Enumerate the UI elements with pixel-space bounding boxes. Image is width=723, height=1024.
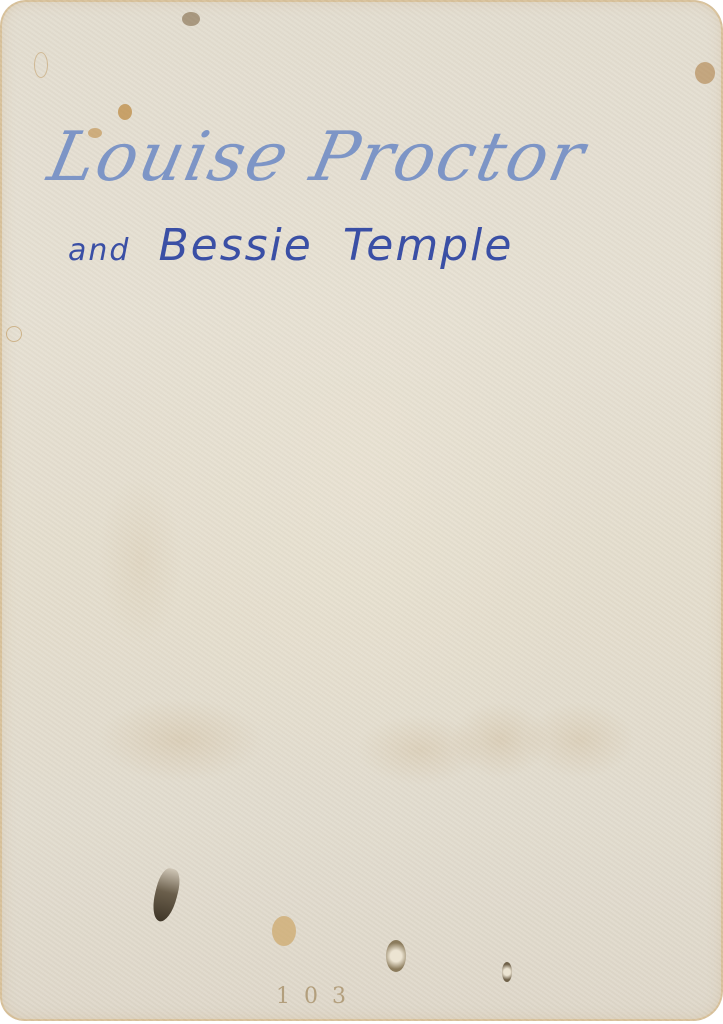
inscription-and: and xyxy=(68,233,130,268)
stamped-number: 103 xyxy=(276,984,360,1009)
scuff-mark xyxy=(149,866,183,924)
scuff-mark xyxy=(386,940,406,972)
water-ring xyxy=(6,326,22,342)
water-ring xyxy=(34,52,48,78)
inscription-first-name: Bessie xyxy=(158,220,312,271)
inscription-line-2: andBessieTemple xyxy=(68,220,513,271)
foxing-spot xyxy=(182,12,200,26)
foxing-spot xyxy=(695,62,715,84)
scuff-mark xyxy=(272,916,296,946)
inscription-surname: Temple xyxy=(343,220,514,271)
photo-card-back: Louise Proctor andBessieTemple 103 xyxy=(0,0,723,1021)
inscription-line-1: Louise Proctor xyxy=(42,118,593,197)
scuff-mark xyxy=(502,962,512,982)
